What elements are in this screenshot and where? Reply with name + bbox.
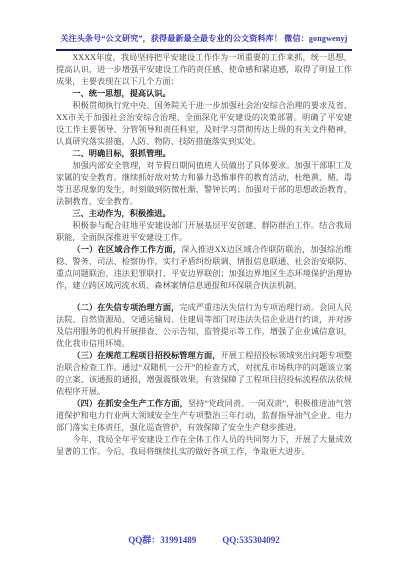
paragraph-text: 积极贯彻执行党中央、国务院关于进一步加强社会治安综合治理的要求及省、XX市关于加… bbox=[56, 101, 352, 146]
paragraph-section-3: 积极参与配合驻地平安建设部门开展基层平安创建、群防群治工作。结合我局职能，全面纵… bbox=[56, 220, 352, 244]
subsection-paragraph-2: （二）在失信专项治理方面，完成严重违法失信行为专项治理行动。会同人民法院、自然资… bbox=[56, 302, 352, 350]
subsection-paragraph-3: （三）在规范工程项目招投标管理方面，开展工程招投标领域突出问题专项整治联合检查工… bbox=[56, 350, 352, 398]
paragraph-text: 加强内部安全管理，对节假日期间值班人员做出了具体要求。加强干部职工及家属的安全教… bbox=[56, 161, 352, 206]
qq-number: QQ:535304092 bbox=[222, 535, 280, 545]
section-heading-1: 一、统一思想，提高认识。 bbox=[56, 88, 352, 100]
document-page: 关注头条号“公文研究”，获得最新最全最专业的公文资料库！ 微信：gongweny… bbox=[0, 0, 408, 580]
document-body: XXXX年度，我局坚持把平安建设工作作为一项重要的工作来抓，统一思想，提高认识，… bbox=[56, 52, 352, 458]
section-heading-3: 三、主动作为，积极推进。 bbox=[56, 208, 352, 220]
subsection-paragraph-4: （四）在抓安全生产工作方面，坚持“党政同责、一岗双责”，积极推进油气管道保护和电… bbox=[56, 398, 352, 434]
section-heading-text: 一、统一思想，提高认识。 bbox=[72, 89, 170, 98]
section-heading-text: 三、主动作为，积极推进。 bbox=[72, 209, 170, 218]
section-heading-text: 二、明确目标，狠抓管理。 bbox=[72, 149, 170, 158]
header-notice-text: 关注头条号“公文研究”，获得最新最全最专业的公文资料库！ 微信：gongweny… bbox=[60, 34, 347, 43]
paragraph-closing: 今年，我局全年平安建设工作在全体工作人员的共同努力下，开展了大量成效显著的工作。… bbox=[56, 434, 352, 458]
paragraph-text: 积极参与配合驻地平安建设部门开展基层平安创建、群防群治工作。结合我局职能，全面纵… bbox=[56, 221, 352, 242]
subsection-lead: （一）在区域合作工作方面， bbox=[72, 245, 181, 254]
paragraph-text: 今年，我局全年平安建设工作在全体工作人员的共同努力下，开展了大量成效显著的工作。… bbox=[56, 435, 352, 456]
paragraph-section-2: 加强内部安全管理，对节假日期间值班人员做出了具体要求。加强干部职工及家属的安全教… bbox=[56, 160, 352, 208]
page-footer-contact: QQ群：31991489QQ:535304092 bbox=[0, 533, 408, 546]
paragraph-intro: XXXX年度，我局坚持把平安建设工作作为一项重要的工作来抓，统一思想，提高认识，… bbox=[56, 52, 352, 88]
paragraph-section-1: 积极贯彻执行党中央、国务院关于进一步加强社会治安综合治理的要求及省、XX市关于加… bbox=[56, 100, 352, 148]
section-heading-2: 二、明确目标，狠抓管理。 bbox=[56, 148, 352, 160]
subsection-paragraph-1: （一）在区域合作工作方面，深入推进XX边区域合作联防联治，加强综治维稳、警务、司… bbox=[56, 244, 352, 292]
subsection-lead: （二）在失信专项治理方面， bbox=[72, 303, 179, 312]
paragraph-text: XXXX年度，我局坚持把平安建设工作作为一项重要的工作来抓，统一思想，提高认识，… bbox=[56, 53, 352, 86]
subsection-lead: （四）在抓安全生产工作方面， bbox=[72, 399, 188, 408]
page-header-banner: 关注头条号“公文研究”，获得最新最全最专业的公文资料库！ 微信：gongweny… bbox=[56, 28, 352, 51]
qq-group-number: QQ群：31991489 bbox=[128, 535, 196, 545]
subsection-lead: （三）在规范工程项目招投标管理方面， bbox=[72, 351, 220, 360]
